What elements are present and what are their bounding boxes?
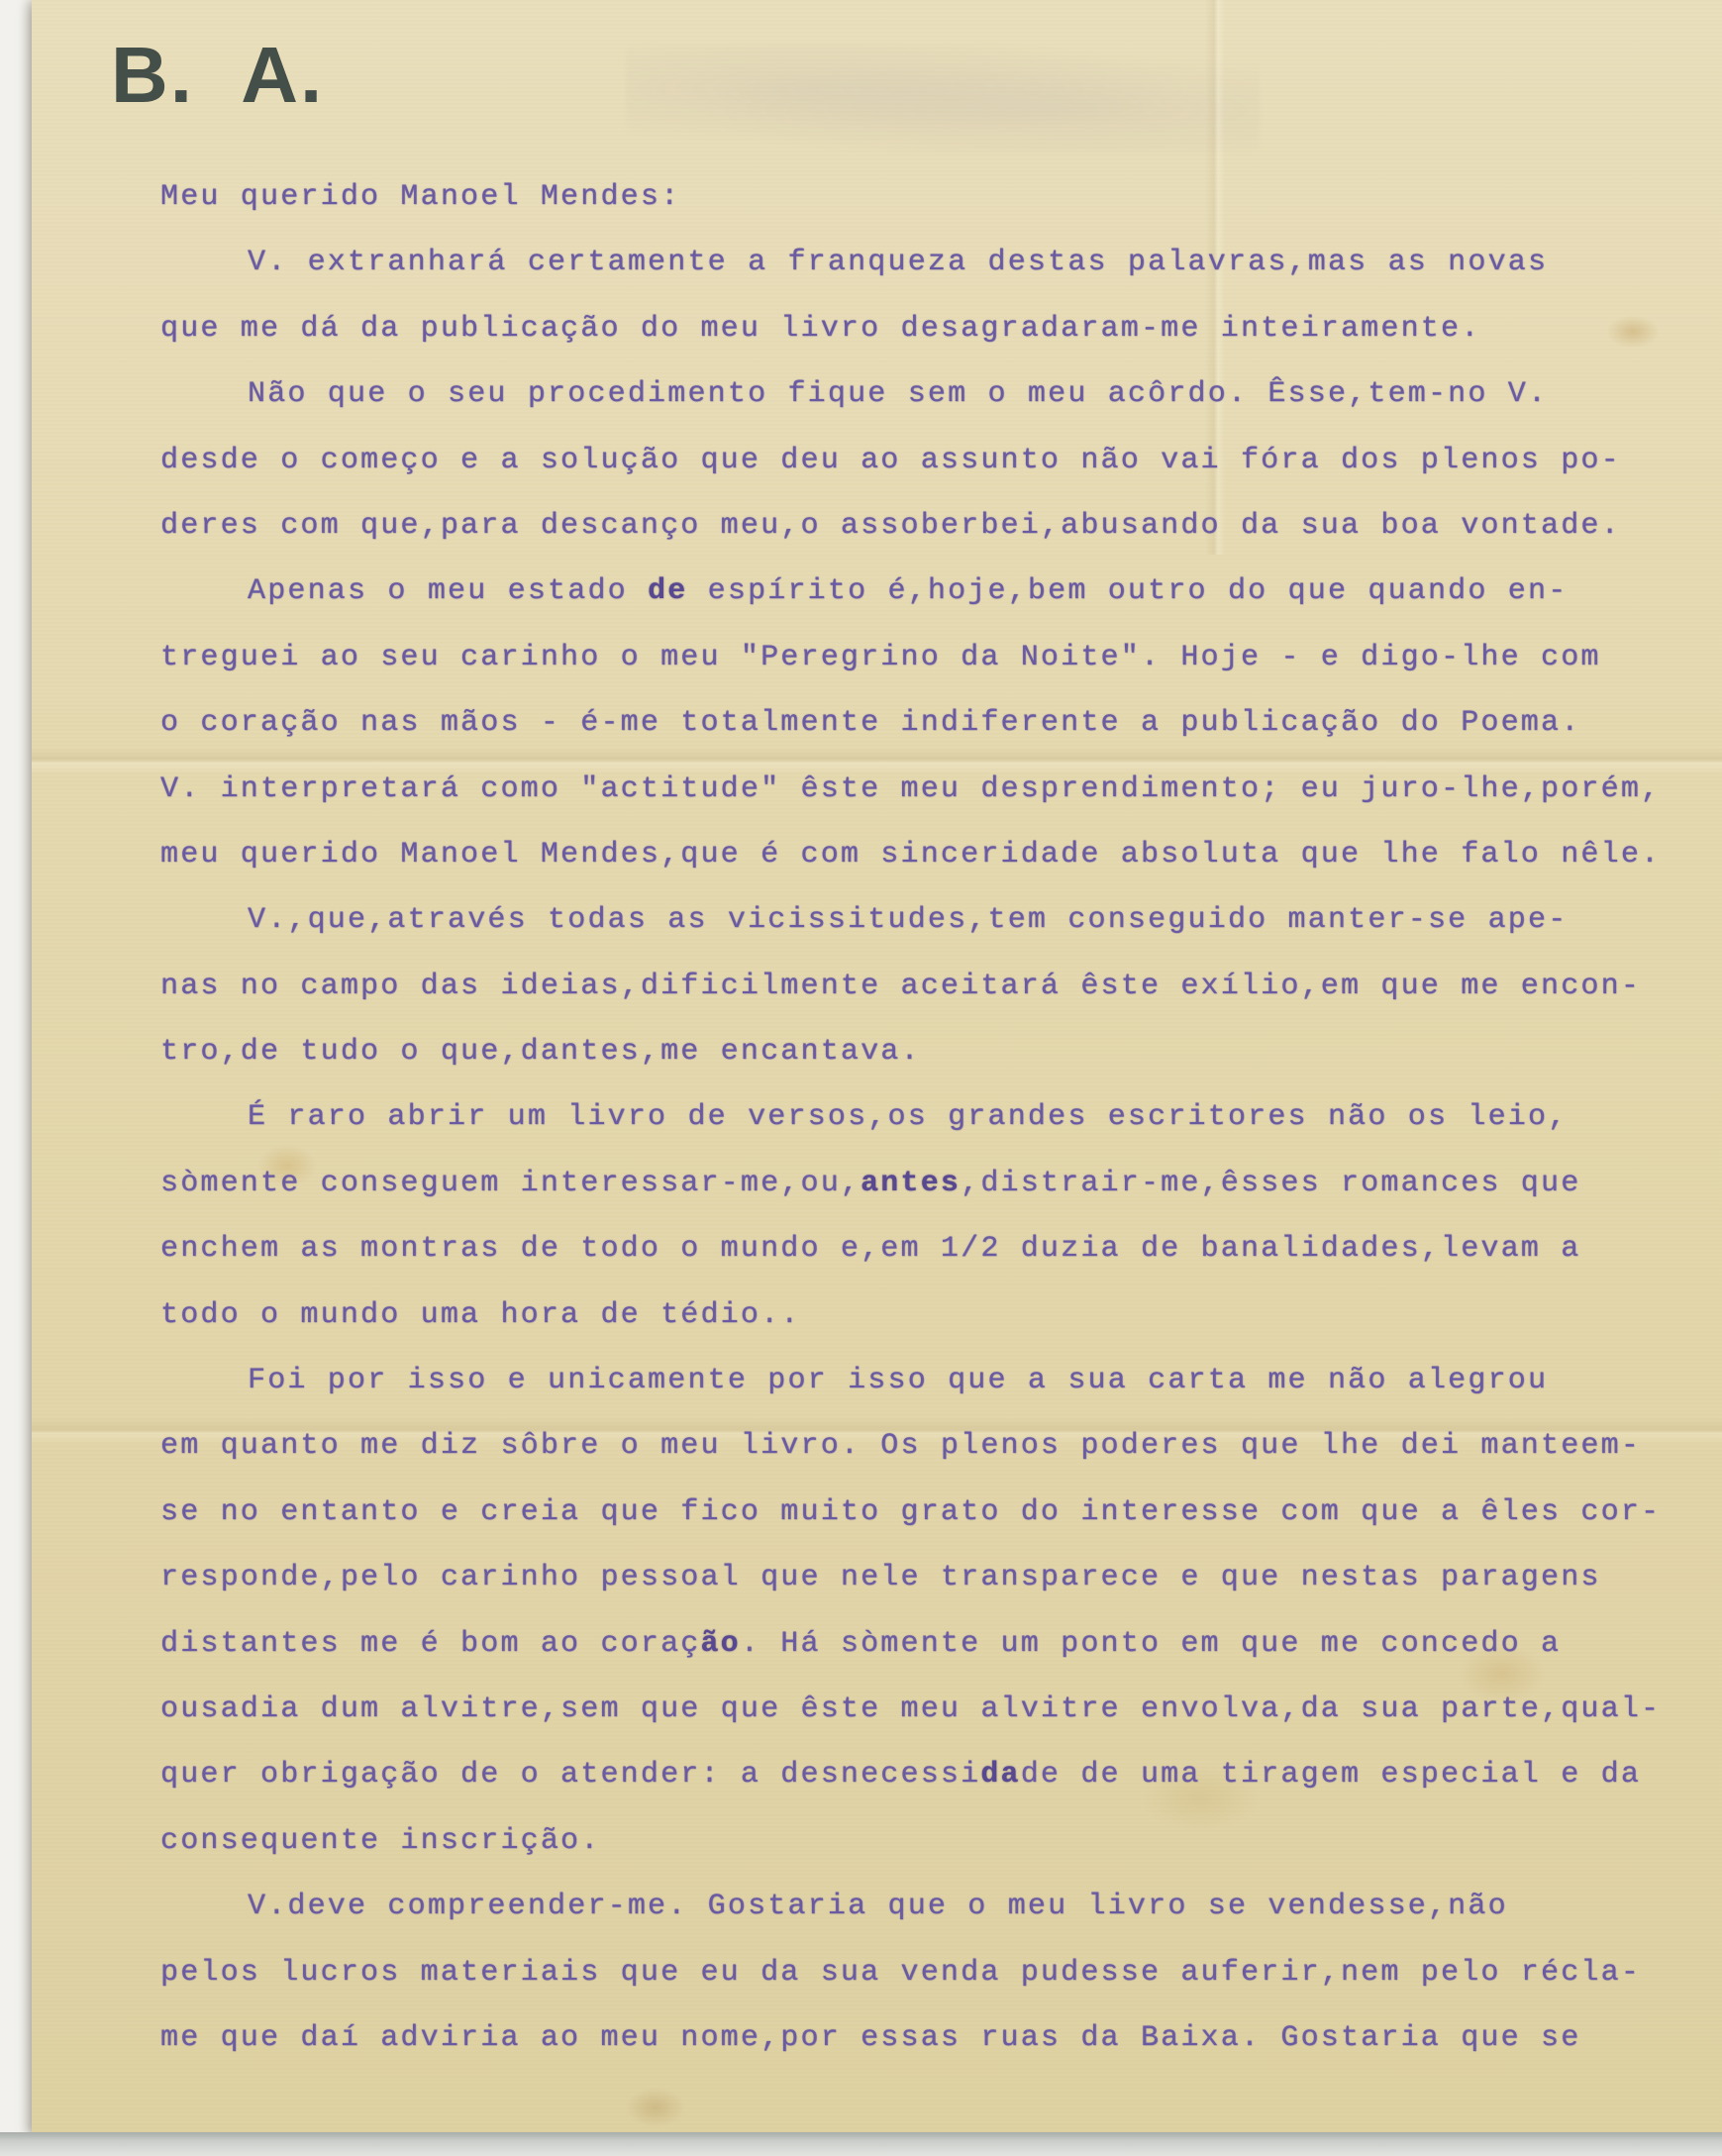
letter-page: B. A. Meu querido Manoel Mendes:V. extra… [32,0,1722,2132]
letter-line: consequente inscrição. [160,1825,1705,1891]
letter-line: quer obrigação de o atender: a desnecess… [160,1759,1705,1824]
letter-line: Apenas o meu estado de espírito é,hoje,b… [160,575,1705,641]
letter-line: enchem as montras de todo o mundo e,em 1… [160,1233,1705,1298]
scan-edge-shadow [0,2132,1722,2156]
letter-line: deres com que,para descanço meu,o assobe… [160,510,1705,575]
letter-line: o coração nas mãos - é-me totalmente ind… [160,707,1705,772]
letter-line: meu querido Manoel Mendes,que é com sinc… [160,839,1705,904]
letter-line: pelos lucros materiais que eu da sua ven… [160,1957,1705,2022]
page-header-initials: B. A. [111,30,324,121]
letter-line: É raro abrir um livro de versos,os grand… [160,1101,1705,1167]
letter-line: me que daí adviria ao meu nome,por essas… [160,2022,1705,2088]
letter-line: que me dá da publicação do meu livro des… [160,313,1705,378]
ink-ghost-smudge [626,45,1260,154]
letter-line: V.,que,através todas as vicissitudes,tem… [160,904,1705,970]
letter-line: treguei ao seu carinho o meu "Peregrino … [160,642,1705,707]
paper-stain [626,2088,685,2127]
letter-line: nas no campo das ideias,dificilmente ace… [160,971,1705,1036]
letter-line: Foi por isso e unicamente por isso que a… [160,1365,1705,1430]
letter-line: responde,pelo carinho pessoal que nele t… [160,1562,1705,1627]
letter-line: sòmente conseguem interessar-me,ou,antes… [160,1168,1705,1233]
letter-line: Não que o seu procedimento fique sem o m… [160,378,1705,444]
letter-line: Meu querido Manoel Mendes: [160,181,1705,247]
letter-line: V. interpretará como "actitude" êste meu… [160,773,1705,839]
letter-line: V. extranhará certamente a franqueza des… [160,247,1705,312]
letter-line: ousadia dum alvitre,sem que que êste meu… [160,1694,1705,1759]
letter-line: V.deve compreender-me. Gostaria que o me… [160,1891,1705,1956]
letter-line: em quanto me diz sôbre o meu livro. Os p… [160,1430,1705,1495]
letter-line: desde o começo e a solução que deu ao as… [160,445,1705,510]
letter-body: Meu querido Manoel Mendes:V. extranhará … [160,181,1705,2088]
letter-line: todo o mundo uma hora de tédio.. [160,1299,1705,1365]
letter-line: tro,de tudo o que,dantes,me encantava. [160,1036,1705,1101]
letter-line: distantes me é bom ao coração. Há sòment… [160,1628,1705,1694]
letter-line: se no entanto e creia que fico muito gra… [160,1496,1705,1562]
